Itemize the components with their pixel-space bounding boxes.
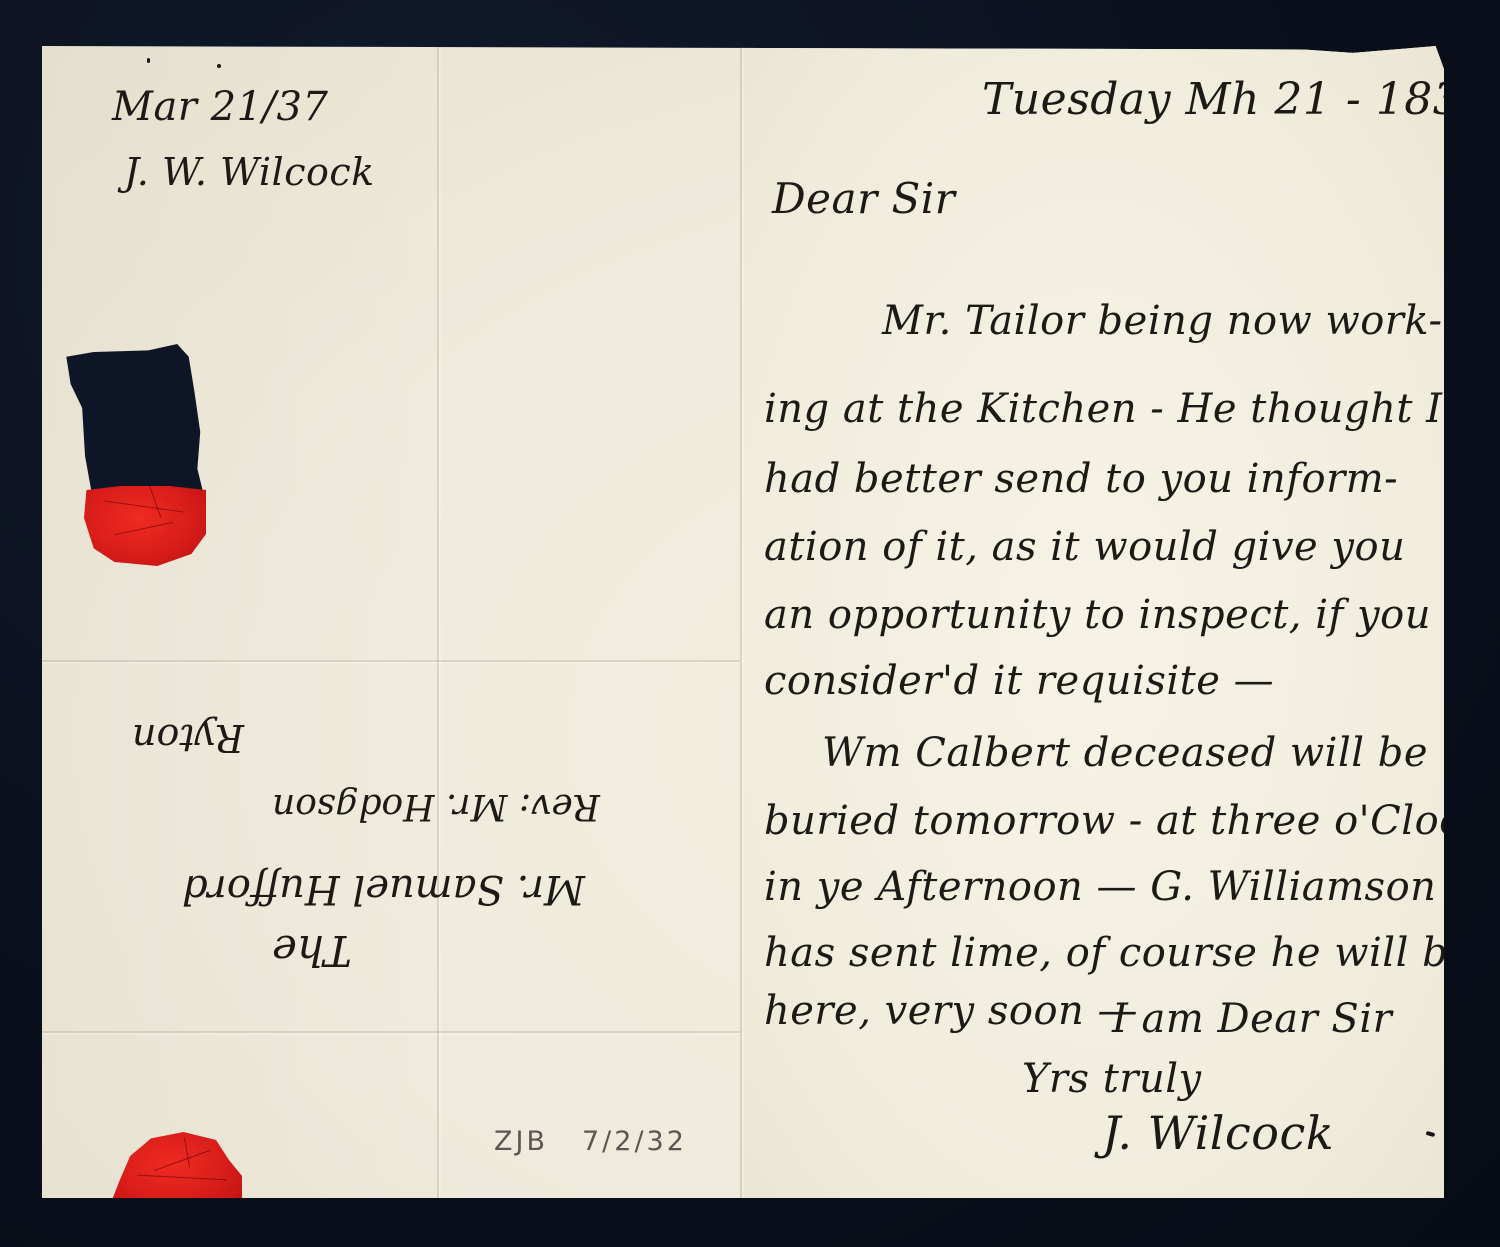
address-line: Ryton	[132, 716, 244, 760]
torn-hole	[62, 344, 206, 504]
wax-seal-upper	[84, 486, 206, 566]
letter-sheet: Mar 21/37 J. W. Wilcock Tuesday Mh 21 - …	[42, 46, 1444, 1198]
address-line: The	[272, 926, 352, 975]
letter-body-line: had better send to you inform-	[764, 456, 1398, 502]
letter-body-line: ation of it, as it would give you	[764, 524, 1405, 570]
letter-salutation: Dear Sir	[772, 174, 955, 223]
letter-closing: I am Dear Sir	[1112, 996, 1392, 1042]
fold-line-vertical-left	[437, 46, 439, 1198]
letter-signature: J. Wilcock	[1102, 1106, 1334, 1160]
letter-valediction: Yrs truly	[1022, 1056, 1202, 1102]
fold-line-horizontal-lower	[42, 1031, 740, 1033]
ink-fleck	[217, 64, 221, 68]
fold-line-horizontal-upper	[42, 660, 740, 662]
archive-collection: ZJB	[494, 1126, 548, 1157]
letter-body-line: consider'd it requisite —	[764, 658, 1274, 704]
letter-body-line: Mr. Tailor being now work-	[882, 298, 1442, 344]
letter-date: Tuesday Mh 21 - 1837.	[982, 74, 1500, 125]
docket-name: J. W. Wilcock	[124, 150, 375, 194]
letter-body-line: Wm Calbert deceased will be	[822, 730, 1428, 776]
letter-body-line: has sent lime, of course he will be	[764, 930, 1472, 976]
letter-body-line: buried tomorrow - at three o'Clock	[764, 798, 1487, 844]
docket-date: Mar 21/37	[112, 84, 328, 130]
archive-number: 7/2/32	[582, 1126, 687, 1157]
letter-body-line: an opportunity to inspect, if you	[764, 592, 1431, 638]
fold-line-vertical-center	[740, 46, 742, 1198]
letter-body-line: ing at the Kitchen - He thought I	[764, 386, 1442, 432]
address-line: Mr. Samuel Hufford	[182, 866, 585, 912]
letter-body-line: in ye Afternoon — G. Williamson	[764, 864, 1436, 910]
address-line: Rev: Mr. Hodgson	[272, 786, 600, 827]
ink-fleck	[147, 58, 150, 63]
letter-body-line: here, very soon —	[764, 988, 1138, 1034]
archive-reference: ZJB7/2/32	[494, 1126, 721, 1157]
